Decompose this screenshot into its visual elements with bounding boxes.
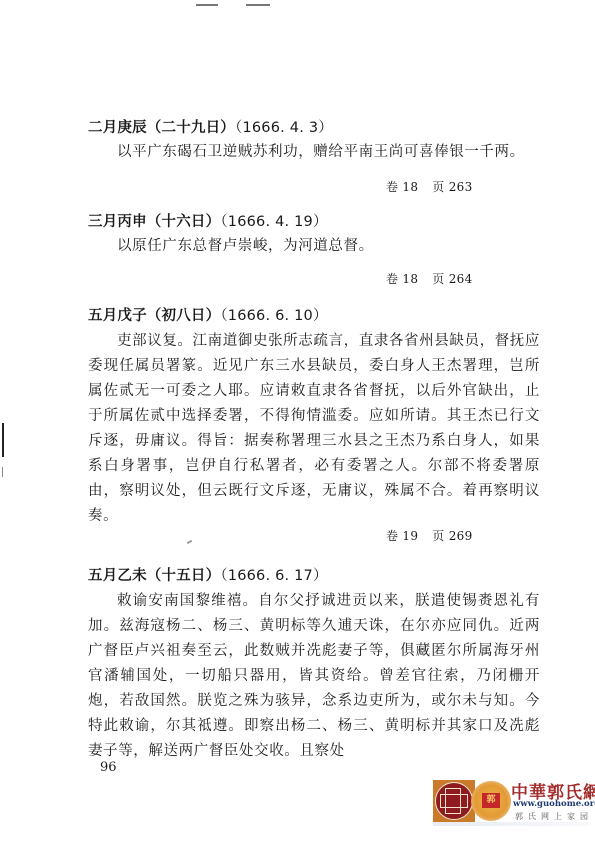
- entry-3: 五月戊子（初八日）（1666. 6. 10） 吏部议复。江南道御史张所志疏言，直…: [88, 306, 540, 529]
- scan-edge-mark: [2, 423, 4, 457]
- entry-1: 二月庚辰（二十九日）（1666. 4. 3） 以平广东碣石卫逆贼苏利功，赠给平南…: [88, 118, 540, 165]
- watermark-slogan: 郭氏网上家园: [515, 811, 593, 822]
- entry-paragraph: 吏部议复。江南道御史张所志疏言，直隶各省州县缺员，督抚应委现任属员署篆。近见广东…: [88, 329, 540, 529]
- site-watermark-logo: 郭 中華郭氏網 www.guohome.org 郭氏网上家园: [433, 778, 591, 822]
- scan-edge-mark-small: [2, 467, 3, 477]
- citation-3: 卷 19页 269: [386, 527, 473, 544]
- citation-volume: 卷 18: [386, 272, 418, 286]
- citation-volume: 卷 19: [386, 529, 418, 543]
- seal-badge-text: 郭: [482, 793, 500, 808]
- entry-paragraph: 以平广东碣石卫逆贼苏利功，赠给平南王尚可喜俸银一千两。: [88, 140, 540, 165]
- entry-gregorian-date: （1666. 4. 19）: [220, 214, 327, 230]
- seal-badge-icon: 郭: [471, 781, 511, 821]
- page-number: 96: [100, 760, 117, 775]
- entry-paragraph: 敕谕安南国黎维禧。自尔父抒诚进贡以来，朕遣使锡赉恩礼有加。兹海寇杨二、杨三、黄明…: [88, 589, 540, 764]
- entry-ganzhi-date: 五月乙未（十五日）: [88, 568, 220, 584]
- entry-paragraph: 以原任广东总督卢崇峻，为河道总督。: [88, 234, 540, 259]
- entry-4: 五月乙未（十五日）（1666. 6. 17） 敕谕安南国黎维禧。自尔父抒诚进贡以…: [88, 566, 540, 764]
- watermark-url: www.guohome.org: [513, 799, 595, 809]
- entry-heading: 三月丙申（十六日）（1666. 4. 19）: [88, 212, 540, 232]
- entry-ganzhi-date: 二月庚辰（二十九日）: [88, 120, 235, 136]
- entry-heading: 五月戊子（初八日）（1666. 6. 10）: [88, 306, 540, 326]
- entry-heading: 二月庚辰（二十九日）（1666. 4. 3）: [88, 118, 540, 138]
- citation-page: 页 263: [432, 180, 472, 194]
- top-rule-right: [246, 4, 270, 6]
- citation-volume: 卷 18: [386, 180, 418, 194]
- entry-gregorian-date: （1666. 6. 10）: [220, 308, 327, 324]
- emblem-cross-vertical: [445, 788, 461, 814]
- clan-emblem-icon: [433, 780, 475, 822]
- citation-1: 卷 18页 263: [386, 178, 473, 195]
- entry-ganzhi-date: 三月丙申（十六日）: [88, 214, 220, 230]
- entry-gregorian-date: （1666. 4. 3）: [235, 120, 333, 136]
- citation-page: 页 269: [432, 529, 472, 543]
- scan-speck: [187, 540, 192, 544]
- watermark-shadow: [433, 822, 591, 826]
- citation-page: 页 264: [432, 272, 472, 286]
- entry-heading: 五月乙未（十五日）（1666. 6. 17）: [88, 566, 540, 586]
- top-rule-left: [196, 4, 218, 6]
- citation-2: 卷 18页 264: [386, 270, 473, 287]
- entry-gregorian-date: （1666. 6. 17）: [220, 568, 327, 584]
- entry-2: 三月丙申（十六日）（1666. 4. 19） 以原任广东总督卢崇峻，为河道总督。: [88, 212, 540, 259]
- entry-ganzhi-date: 五月戊子（初八日）: [88, 308, 220, 324]
